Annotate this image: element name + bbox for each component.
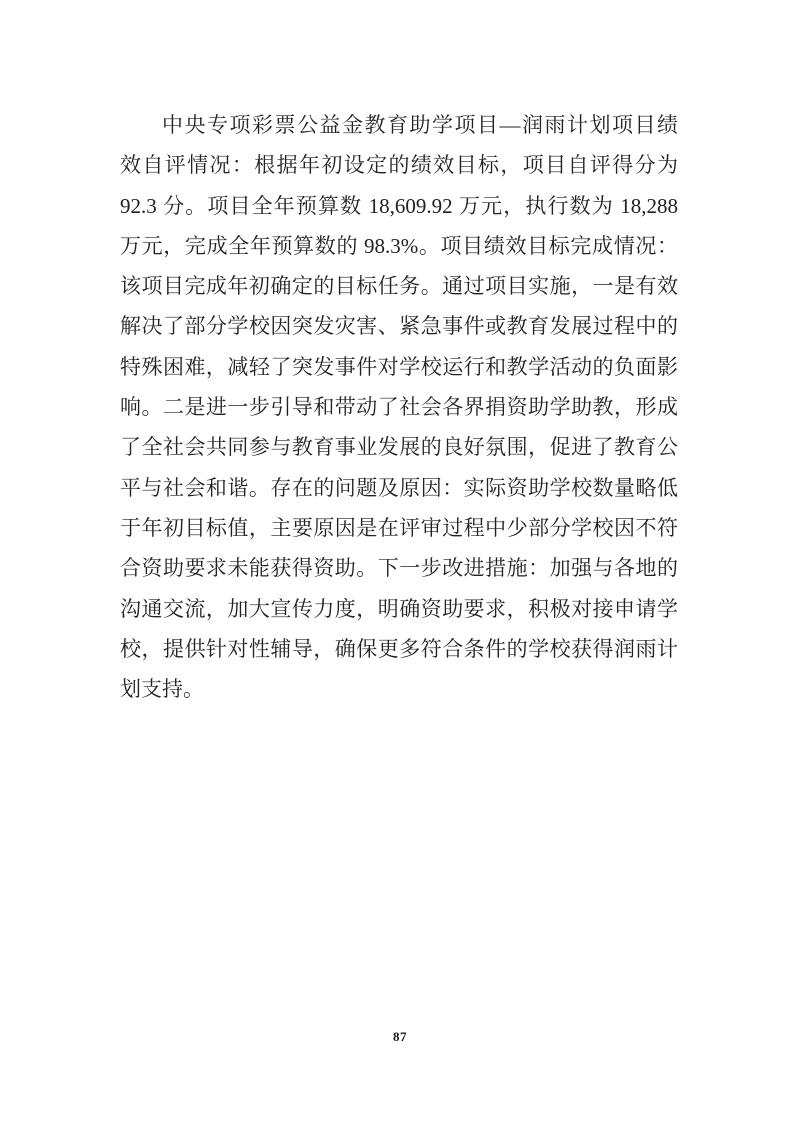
text-line: 特殊困难，减轻了突发事件对学校运行和教学活动的负面影 (120, 347, 678, 387)
paragraph: 中央专项彩票公益金教育助学项目—润雨计划项目绩效自评情况：根据年初设定的绩效目标… (120, 105, 678, 709)
document-page: 中央专项彩票公益金教育助学项目—润雨计划项目绩效自评情况：根据年初设定的绩效目标… (0, 0, 800, 1131)
text-line: 平与社会和谐。存在的问题及原因：实际资助学校数量略低 (120, 468, 678, 508)
text-line: 响。二是进一步引导和带动了社会各界捐资助学助教，形成 (120, 387, 678, 427)
text-line: 划支持。 (120, 669, 678, 709)
text-line: 解决了部分学校因突发灾害、紧急事件或教育发展过程中的 (120, 306, 678, 346)
text-line: 沟通交流，加大宣传力度，明确资助要求，积极对接申请学 (120, 589, 678, 629)
text-line: 万元，完成全年预算数的 98.3%。项目绩效目标完成情况： (120, 226, 678, 266)
text-line: 校，提供针对性辅导，确保更多符合条件的学校获得润雨计 (120, 629, 678, 669)
text-line: 于年初目标值，主要原因是在评审过程中少部分学校因不符 (120, 508, 678, 548)
text-line: 效自评情况：根据年初设定的绩效目标，项目自评得分为 (120, 145, 678, 185)
text-line: 合资助要求未能获得资助。下一步改进措施：加强与各地的 (120, 548, 678, 588)
text-line: 中央专项彩票公益金教育助学项目—润雨计划项目绩 (120, 105, 678, 145)
text-line: 了全社会共同参与教育事业发展的良好氛围，促进了教育公 (120, 427, 678, 467)
page-number: 87 (0, 1029, 800, 1044)
text-line: 92.3 分。项目全年预算数 18,609.92 万元，执行数为 18,288 (120, 186, 678, 226)
text-line: 该项目完成年初确定的目标任务。通过项目实施，一是有效 (120, 266, 678, 306)
